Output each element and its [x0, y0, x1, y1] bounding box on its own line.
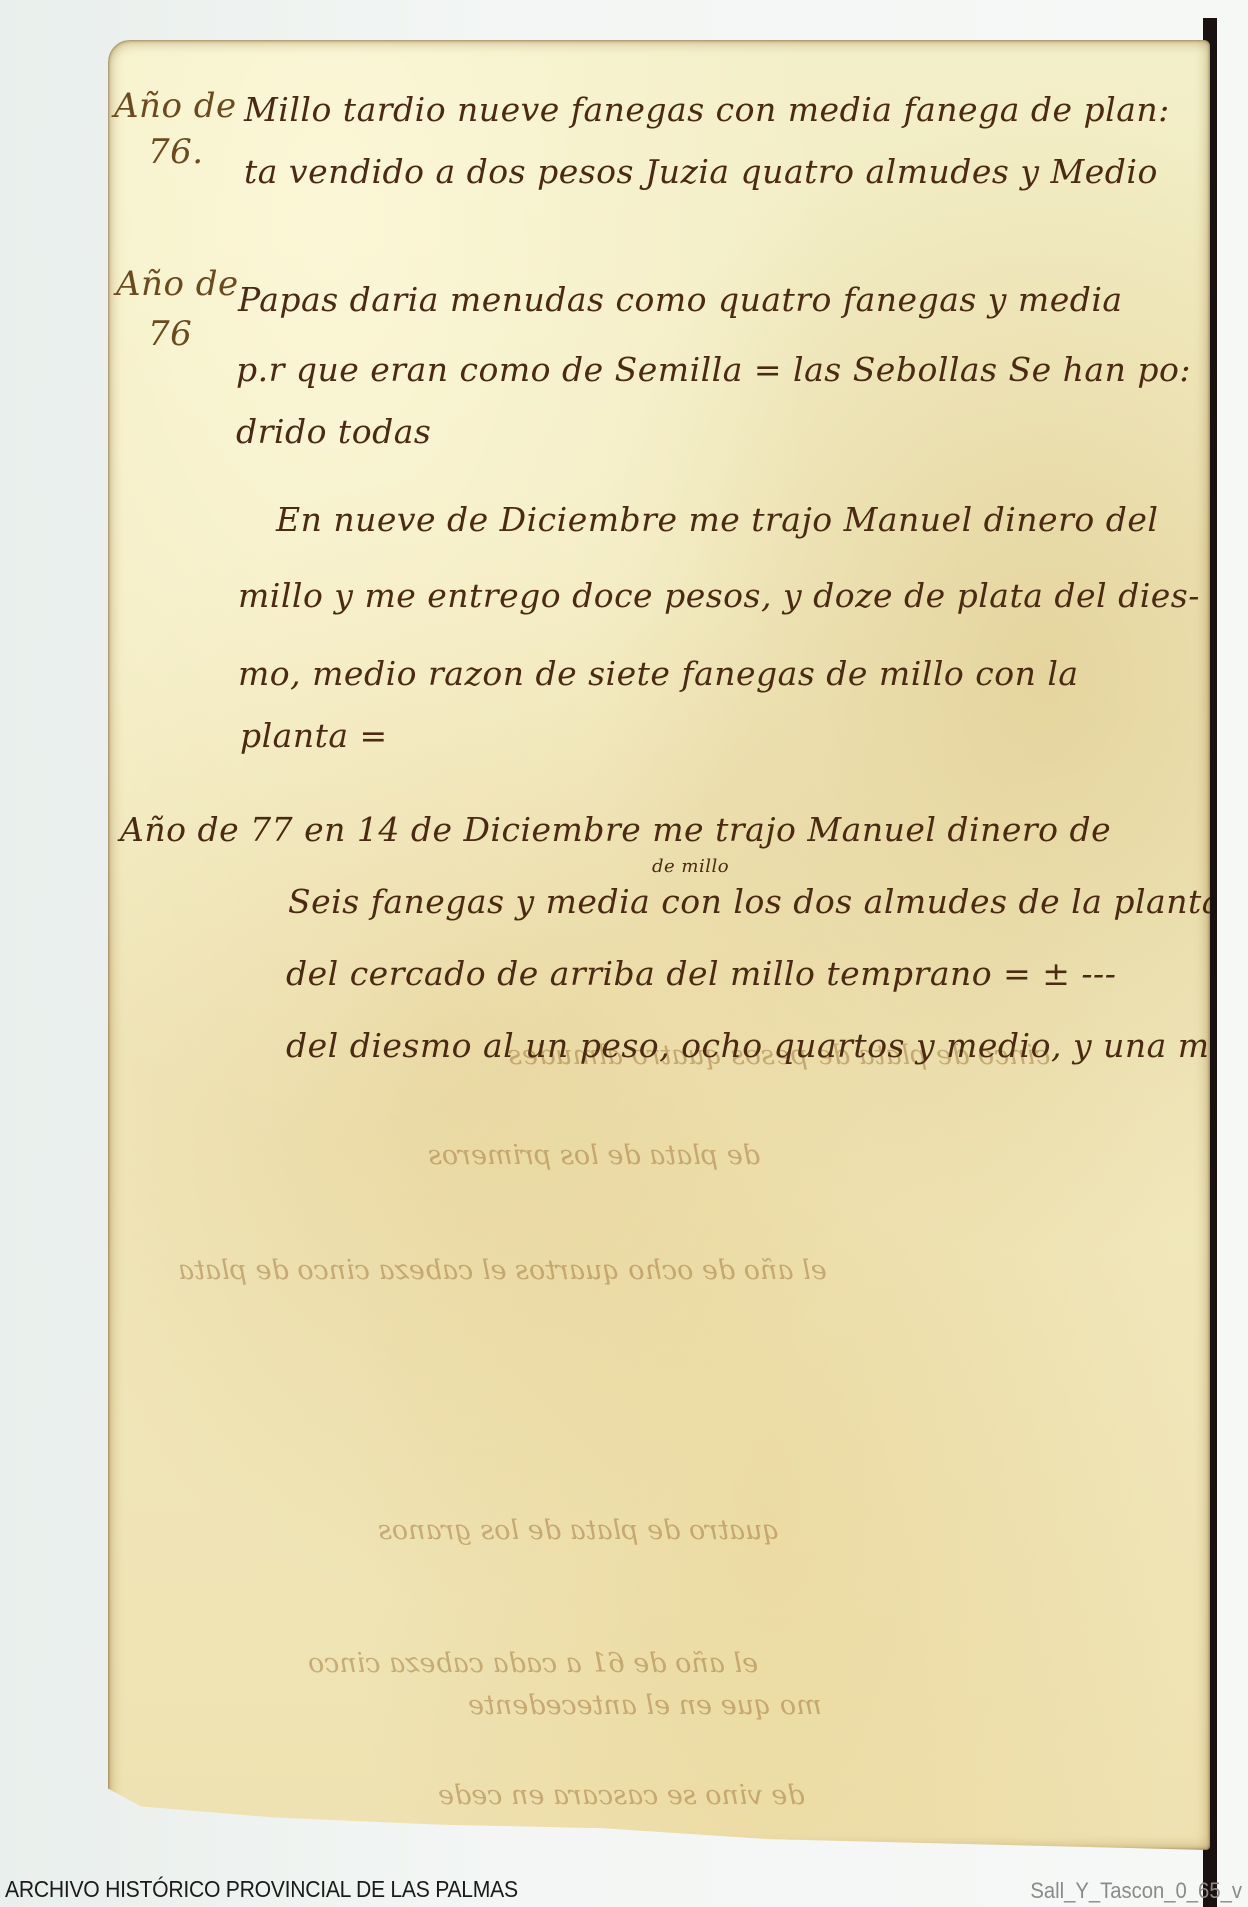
entry-line: del diesmo al un peso, ocho quartos y me… — [286, 1026, 1248, 1065]
interlinear-note: de millo — [652, 856, 729, 877]
entry-line: millo y me entrego doce pesos, y doze de… — [238, 576, 1200, 615]
bleed-through-text: de plata de los primeros — [428, 1140, 760, 1171]
entry-line: En nueve de Diciembre me trajo Manuel di… — [276, 500, 1158, 539]
entry-line: mo, medio razon de siete fanegas de mill… — [238, 654, 1079, 693]
bleed-through-text: el año de ocho quartos el cabeza cinco d… — [178, 1255, 827, 1286]
margin-year-label: Año de — [114, 86, 237, 126]
entry-line: p.r que eran como de Semilla = las Sebol… — [236, 350, 1191, 389]
bleed-through-text: el año de 61 a cada cabeza cinco — [308, 1648, 758, 1679]
bleed-through-text: mo que en el antecedente — [468, 1690, 822, 1721]
bleed-through-text: de vino se cascara en cede — [438, 1780, 805, 1811]
margin-year-number: 76 — [148, 314, 192, 354]
margin-year-number: 76. — [148, 132, 204, 172]
entry-line: ta vendido a dos pesos Juzia quatro almu… — [244, 152, 1158, 191]
entry-line: Millo tardio nueve fanegas con media fan… — [244, 90, 1170, 129]
entry-line: drido todas — [236, 412, 431, 451]
manuscript-page: cinco de plata de pesos quatro almudes d… — [108, 40, 1210, 1850]
entry-line: Año de 77 en 14 de Diciembre me trajo Ma… — [120, 810, 1111, 849]
bleed-through-text: quatro de plata de los granos — [378, 1515, 780, 1546]
entry-line: Papas daria menudas como quatro fanegas … — [238, 280, 1123, 319]
entry-line: del cercado de arriba del millo temprano… — [286, 954, 1116, 993]
entry-line: Seis fanegas y media con los dos almudes… — [288, 882, 1222, 921]
entry-line: planta = — [240, 716, 388, 755]
image-label: Sall_Y_Tascon_0_65_v — [1030, 1878, 1242, 1904]
margin-year-label: Año de — [116, 264, 239, 304]
archive-caption: ARCHIVO HISTÓRICO PROVINCIAL DE LAS PALM… — [5, 1876, 518, 1903]
